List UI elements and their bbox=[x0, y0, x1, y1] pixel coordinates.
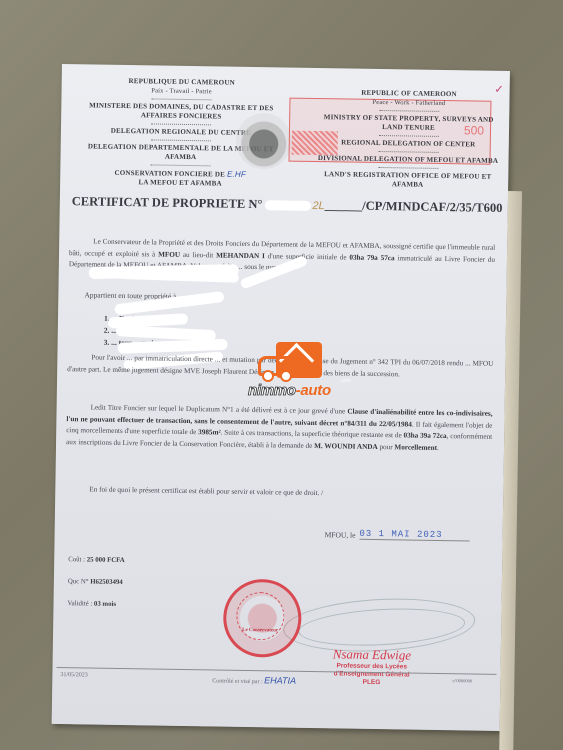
surveyor-emblem-icon bbox=[235, 113, 292, 170]
divisional-en: DIVISIONAL DELEGATION OF MEFOU ET AFAMBA bbox=[315, 154, 500, 166]
motto-en: Peace - Work - Fatherland bbox=[316, 97, 501, 109]
divider bbox=[378, 167, 438, 169]
date-stamp: 03 1 MAI 2023 bbox=[359, 529, 442, 540]
redaction-mark bbox=[264, 200, 310, 211]
footer-date: 31/05/2023 bbox=[60, 672, 87, 678]
handwritten-office-code: E.HF bbox=[227, 170, 246, 179]
handwritten-number: 2L bbox=[312, 200, 324, 212]
divider bbox=[379, 110, 439, 112]
paragraph-encumbrances: Ledit Titre Foncier sur lequel le Duplic… bbox=[66, 402, 493, 455]
nimmo-auto-watermark: nimmo-auto .com bbox=[248, 338, 348, 408]
divider bbox=[378, 135, 438, 137]
receipt-row: Quc N° H62503494 bbox=[68, 571, 125, 594]
official-seal-icon: Le Conservateur bbox=[223, 579, 302, 658]
divider bbox=[151, 139, 211, 141]
closing-statement: En foi de quoi le présent certificat est… bbox=[65, 484, 491, 502]
wheel-icon bbox=[280, 370, 292, 382]
validity-row: Validité : 03 mois bbox=[67, 593, 124, 616]
place-and-date: MFOU, le 03 1 MAI 2023 bbox=[325, 528, 470, 541]
paper-edge bbox=[499, 191, 522, 750]
signatory-stamp: Nsama Edwige Professeur des Lycées d'Ens… bbox=[332, 646, 411, 687]
header-right: REPUBLIC OF CAMEROON Peace - Work - Fath… bbox=[315, 88, 502, 191]
watermark-tld: .com bbox=[340, 378, 351, 384]
cost-row: Coût : 25 000 FCFA bbox=[68, 549, 125, 572]
office-en: LAND'S REGISTRATION OFFICE OF MEFOU ET A… bbox=[315, 170, 500, 191]
motto-fr: Paix - Travail - Patrie bbox=[82, 85, 282, 97]
divider bbox=[378, 151, 438, 153]
divider bbox=[151, 123, 211, 125]
office-fr-suffix: LA MEFOU ET AFAMBA bbox=[80, 177, 280, 189]
date-line: 03 1 MAI 2023 bbox=[359, 529, 469, 542]
seal-label: Le Conservateur bbox=[240, 628, 280, 634]
checker-name: EHATIA bbox=[264, 675, 296, 685]
footer-ref: n°0000000 bbox=[452, 678, 472, 683]
fees-block: Coût : 25 000 FCFA Quc N° H62503494 Vali… bbox=[67, 549, 125, 616]
regional-en: REGIONAL DELEGATION OF CENTER bbox=[316, 138, 501, 150]
watermark-text: nimmo-auto bbox=[248, 382, 331, 399]
divider bbox=[151, 98, 211, 100]
footer-divider bbox=[57, 667, 497, 675]
footer-checked-by: Contrôlé et visé par : EHATIA bbox=[212, 674, 296, 685]
ministry-en: MINISTRY OF STATE PROPERTY, SURVEYS AND … bbox=[316, 113, 501, 134]
wheel-icon bbox=[262, 370, 274, 382]
divider bbox=[150, 164, 210, 166]
signatory-name: Nsama Edwige bbox=[333, 646, 412, 663]
certificate-title: CERTIFICAT DE PROPRIETE N°2L______/CP/MI… bbox=[72, 194, 492, 216]
